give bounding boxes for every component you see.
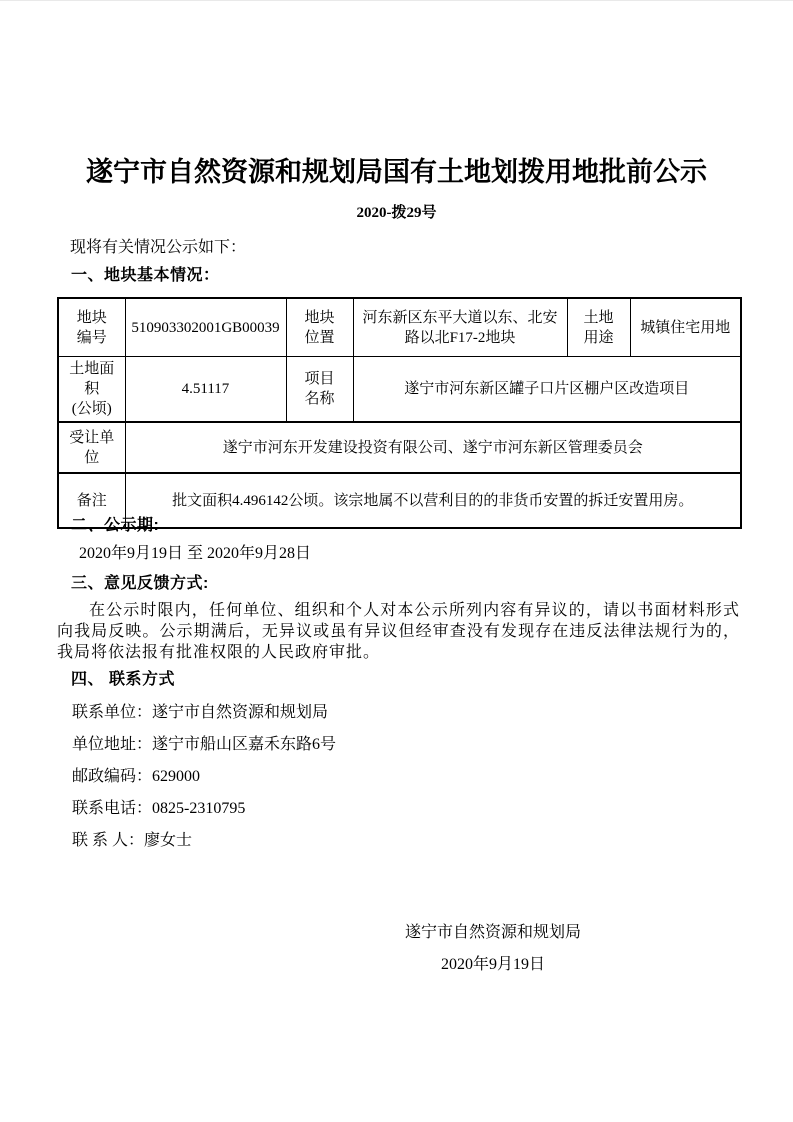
land-use-label: 土地 用途 xyxy=(567,298,630,357)
contact-person-line: 联 系 人：廖女士 xyxy=(72,825,336,857)
land-area-value: 4.51117 xyxy=(125,357,286,423)
land-info-table: 地块 编号 510903302001GB00039 地块 位置 河东新区东平大道… xyxy=(57,297,742,529)
table-row-area-project: 土地面积 (公顷) 4.51117 项目 名称 遂宁市河东新区罐子口片区棚户区改… xyxy=(58,357,741,423)
signature-block: 遂宁市自然资源和规划局 2020年9月19日 xyxy=(340,917,646,981)
contact-address-line: 单位地址：遂宁市船山区嘉禾东路6号 xyxy=(72,729,336,761)
remarks-value: 批文面积4.496142公顷。该宗地属不以营利目的的非货币安置的拆迁安置用房。 xyxy=(125,473,741,528)
section-1-heading: 一、地块基本情况： xyxy=(71,265,220,287)
signature-org: 遂宁市自然资源和规划局 xyxy=(340,917,646,949)
table-row-grantee: 受让单位 遂宁市河东开发建设投资有限公司、遂宁市河东新区管理委员会 xyxy=(58,422,741,473)
contact-info-block: 联系单位：遂宁市自然资源和规划局 单位地址：遂宁市船山区嘉禾东路6号 邮政编码：… xyxy=(72,697,336,857)
signature-date: 2020年9月19日 xyxy=(340,949,646,981)
doc-number: 2020-拨29号 xyxy=(0,203,793,223)
plot-number-value: 510903302001GB00039 xyxy=(125,298,286,357)
page-title: 遂宁市自然资源和规划局国有土地划拨用地批前公示 xyxy=(0,151,793,193)
section-2-heading: 二、公示期: xyxy=(71,515,159,537)
contact-postcode-line: 邮政编码：629000 xyxy=(72,761,336,793)
project-name-label: 项目 名称 xyxy=(286,357,353,423)
land-use-value: 城镇住宅用地 xyxy=(630,298,741,357)
project-name-value: 遂宁市河东新区罐子口片区棚户区改造项目 xyxy=(353,357,741,423)
contact-phone-line: 联系电话：0825-2310795 xyxy=(72,793,336,825)
section-4-heading: 四、 联系方式 xyxy=(71,669,175,691)
section-3-heading: 三、意见反馈方式: xyxy=(71,573,209,595)
plot-number-label: 地块 编号 xyxy=(58,298,125,357)
feedback-paragraph: 在公示时限内，任何单位、组织和个人对本公示所列内容有异议的，请以书面材料形式向我… xyxy=(57,600,740,663)
intro-line: 现将有关情况公示如下： xyxy=(70,237,246,259)
plot-location-label: 地块 位置 xyxy=(286,298,353,357)
table-row-remarks: 备注 批文面积4.496142公顷。该宗地属不以营利目的的非货币安置的拆迁安置用… xyxy=(58,473,741,528)
grantee-value: 遂宁市河东开发建设投资有限公司、遂宁市河东新区管理委员会 xyxy=(125,422,741,473)
table-row-plot: 地块 编号 510903302001GB00039 地块 位置 河东新区东平大道… xyxy=(58,298,741,357)
land-area-label: 土地面积 (公顷) xyxy=(58,357,125,423)
publicity-period: 2020年9月19日 至 2020年9月28日 xyxy=(79,544,311,564)
grantee-label: 受让单位 xyxy=(58,422,125,473)
plot-location-value: 河东新区东平大道以东、北安路以北F17-2地块 xyxy=(353,298,567,357)
document-page: 遂宁市自然资源和规划局国有土地划拨用地批前公示 2020-拨29号 现将有关情况… xyxy=(0,0,793,1122)
contact-unit-line: 联系单位：遂宁市自然资源和规划局 xyxy=(72,697,336,729)
